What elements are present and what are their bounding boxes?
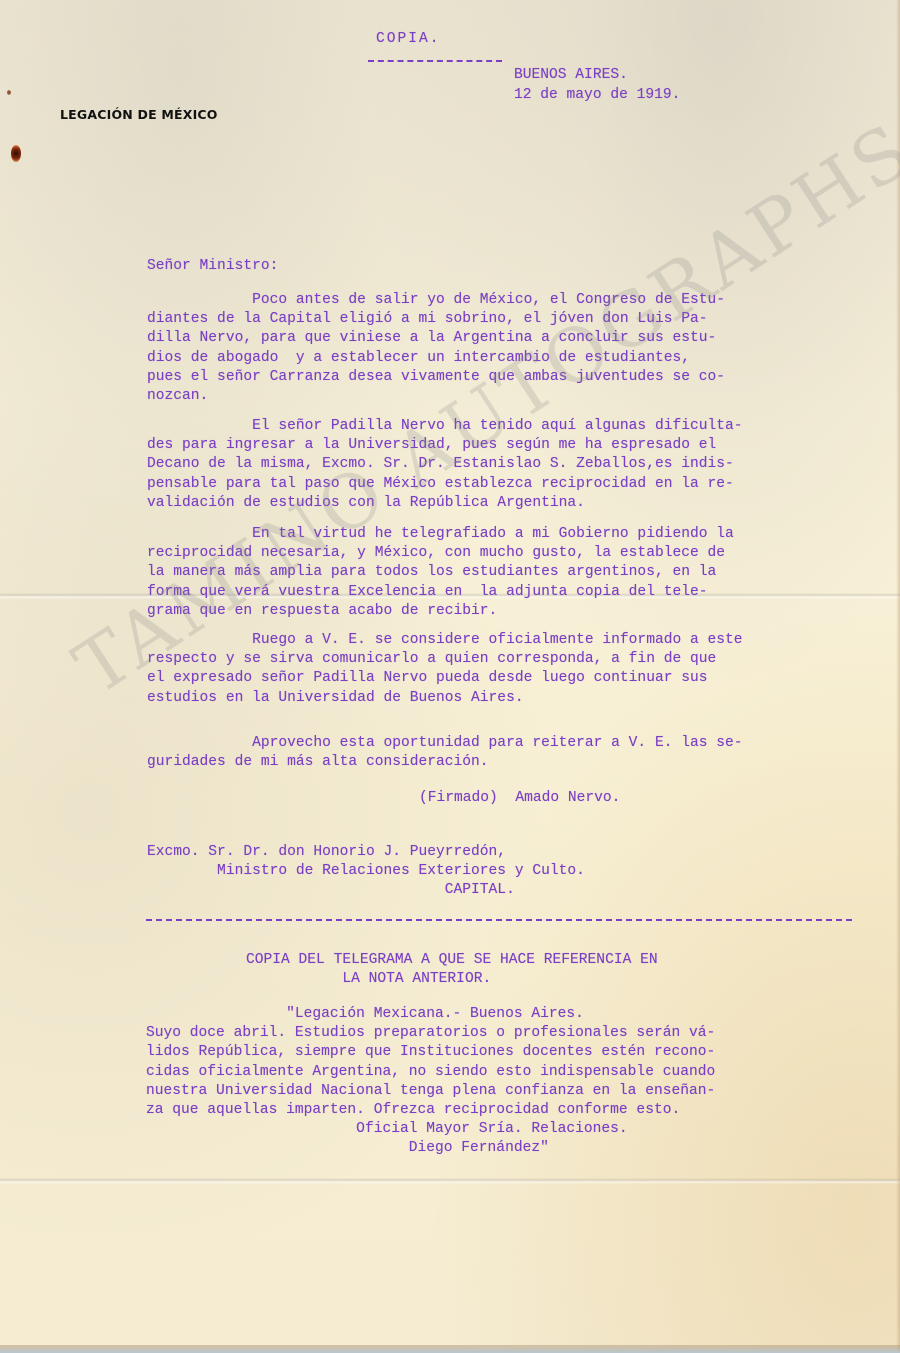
paragraph: Aprovecho esta oportunidad para reiterar… bbox=[147, 734, 743, 772]
copy-title: COPIA. bbox=[376, 30, 441, 49]
salutation: Señor Ministro: bbox=[147, 257, 278, 276]
addressee-block: Excmo. Sr. Dr. don Honorio J. Pueyrredón… bbox=[147, 843, 585, 901]
paragraph: El señor Padilla Nervo ha tenido aquí al… bbox=[147, 417, 743, 513]
paragraph: En tal virtud he telegrafiado a mi Gobie… bbox=[147, 525, 734, 621]
letterhead: LEGACIÓN DE MÉXICO bbox=[60, 107, 218, 122]
date-line: 12 de mayo de 1919. bbox=[514, 86, 680, 105]
paper-fold-crease bbox=[0, 1178, 900, 1184]
title-underline bbox=[368, 60, 502, 62]
paper-edge bbox=[896, 0, 900, 1353]
paper-edge bbox=[0, 1345, 900, 1353]
place-line: BUENOS AIRES. bbox=[514, 66, 628, 85]
section-divider bbox=[146, 919, 852, 921]
telegram-heading: COPIA DEL TELEGRAMA A QUE SE HACE REFERE… bbox=[246, 951, 658, 989]
signature-line: (Firmado) Amado Nervo. bbox=[419, 789, 620, 808]
rust-stain-icon bbox=[7, 90, 11, 95]
paragraph: Ruego a V. E. se considere oficialmente … bbox=[147, 631, 743, 708]
paragraph: Poco antes de salir yo de México, el Con… bbox=[147, 291, 725, 406]
telegram-body: "Legación Mexicana.- Buenos Aires. Suyo … bbox=[146, 1005, 715, 1159]
rust-stain-icon bbox=[11, 145, 21, 162]
